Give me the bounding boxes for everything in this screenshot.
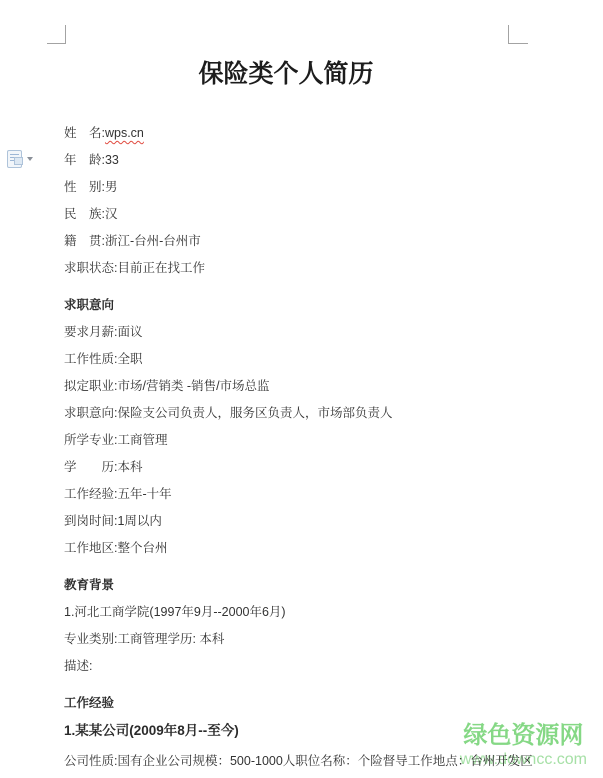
field-age: 年 龄:33 [64,154,508,167]
paste-options-widget[interactable] [7,147,45,171]
field-job-type: 工作性质:全职 [64,353,508,366]
education-major-degree: 专业类别:工商管理学历: 本科 [64,633,508,646]
field-availability: 到岗时间:1周以内 [64,515,508,528]
page-margin-mark-top-left [47,25,66,44]
chevron-down-icon[interactable] [27,157,33,161]
education-entry: 1.河北工商学院(1997年9月--2000年6月) [64,606,508,619]
paste-icon-flap [14,157,23,165]
field-job-intention: 求职意向:保险支公司负责人，服务区负责人，市场部负责人 [64,407,508,420]
field-expected-salary: 要求月薪:面议 [64,326,508,339]
field-job-status: 求职状态:目前正在找工作 [64,262,508,275]
section-heading-intention: 求职意向 [64,289,508,312]
field-degree: 学 历:本科 [64,461,508,474]
education-description: 描述: [64,660,508,673]
field-name-value: wps.cn [105,126,144,140]
document-page: 保险类个人简历 姓 名:wps.cn 年 龄:33 性 别:男 民 族:汉 籍 … [64,60,508,778]
field-target-occupation: 拟定职业:市场/营销类 -销售/市场总监 [64,380,508,393]
field-name: 姓 名:wps.cn [64,127,508,140]
section-heading-work: 工作经验 [64,687,508,710]
field-work-years: 工作经验:五年-十年 [64,488,508,501]
field-work-area: 工作地区:整个台州 [64,542,508,555]
field-name-label: 姓 名: [64,126,105,140]
field-ethnic: 民 族:汉 [64,208,508,221]
document-title: 保险类个人简历 [64,60,508,90]
section-heading-education: 教育背景 [64,569,508,592]
field-gender: 性 别:男 [64,181,508,194]
field-origin: 籍 贯:浙江-台州-台州市 [64,235,508,248]
field-major: 所学专业:工商管理 [64,434,508,447]
page-margin-mark-top-right [508,25,528,44]
work-entry-title: 1.某某公司(2009年8月--至今) [64,724,508,738]
work-entry-detail: 公司性质:国有企业公司规模：500-1000人职位名称：个险督导工作地点：台州开… [64,755,508,768]
paste-icon[interactable] [7,150,22,168]
